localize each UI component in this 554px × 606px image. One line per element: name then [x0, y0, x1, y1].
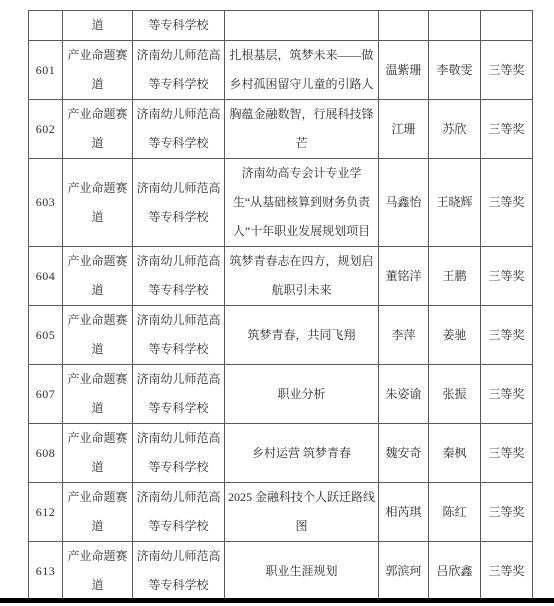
- cell-track: 产业命题赛道: [63, 424, 133, 483]
- cell-project: [225, 11, 379, 41]
- cell-project: 胸蕴金融数智，行展科技锋芒: [225, 100, 379, 159]
- cell-school: 济南幼儿师范高等专科学校: [133, 159, 225, 247]
- cell-name-2: 王晓辉: [429, 159, 481, 247]
- cell-award: 三等奖: [481, 542, 533, 601]
- cell-name-1: 江珊: [379, 100, 429, 159]
- cell-project: 筑梦青春，共同飞翔: [225, 306, 379, 365]
- cell-school: 济南幼儿师范高等专科学校: [133, 483, 225, 542]
- cell-name-1: 董铭洋: [379, 247, 429, 306]
- cell-track: 产业命题赛道: [63, 247, 133, 306]
- cell-award: 三等奖: [481, 365, 533, 424]
- cell-name-2: 张振: [429, 365, 481, 424]
- cell-project: 职业分析: [225, 365, 379, 424]
- cell-project: 筑梦青春志在四方，规划启航职引未来: [225, 247, 379, 306]
- cell-award: 三等奖: [481, 483, 533, 542]
- table-row: 601 产业命题赛道 济南幼儿师范高等专科学校 扎根基层，筑梦未来——做乡村孤困…: [29, 41, 533, 100]
- table-row: 613 产业命题赛道 济南幼儿师范高等专科学校 职业生涯规划 郭滨珂 吕欣鑫 三…: [29, 542, 533, 601]
- cell-project: 扎根基层，筑梦未来——做乡村孤困留守儿童的引路人: [225, 41, 379, 100]
- table-row: 607 产业命题赛道 济南幼儿师范高等专科学校 职业分析 朱姿谕 张振 三等奖: [29, 365, 533, 424]
- cell-name-1: 郭滨珂: [379, 542, 429, 601]
- cell-school: 济南幼儿师范高等专科学校: [133, 100, 225, 159]
- cell-name-2: 姜驰: [429, 306, 481, 365]
- cell-project: 济南幼高专会计专业学生“从基础核算到财务负责人”十年职业发展规划项目: [225, 159, 379, 247]
- cell-number: 608: [29, 424, 63, 483]
- cell-number: 613: [29, 542, 63, 601]
- cell-number: 612: [29, 483, 63, 542]
- cell-school: 济南幼儿师范高等专科学校: [133, 247, 225, 306]
- cell-project: 2025 金融科技个人跃迁路线图: [225, 483, 379, 542]
- cell-track: 产业命题赛道: [63, 542, 133, 601]
- cell-name-1: 李萍: [379, 306, 429, 365]
- table-row: 612 产业命题赛道 济南幼儿师范高等专科学校 2025 金融科技个人跃迁路线图…: [29, 483, 533, 542]
- cell-school: 济南幼儿师范高等专科学校: [133, 542, 225, 601]
- cell-track: 产业命题赛道: [63, 159, 133, 247]
- cell-name-2: 秦枫: [429, 424, 481, 483]
- table-row: 603 产业命题赛道 济南幼儿师范高等专科学校 济南幼高专会计专业学生“从基础核…: [29, 159, 533, 247]
- cell-award: 三等奖: [481, 306, 533, 365]
- cell-track: 道: [63, 11, 133, 41]
- cell-award: 三等奖: [481, 424, 533, 483]
- cell-name-2: 王鹏: [429, 247, 481, 306]
- cell-track: 产业命题赛道: [63, 306, 133, 365]
- cell-track: 产业命题赛道: [63, 100, 133, 159]
- cell-school: 等专科学校: [133, 11, 225, 41]
- cell-number: 605: [29, 306, 63, 365]
- cell-name-2: 苏欣: [429, 100, 481, 159]
- cell-award: 三等奖: [481, 159, 533, 247]
- table-row: 道 等专科学校: [29, 11, 533, 41]
- cell-school: 济南幼儿师范高等专科学校: [133, 41, 225, 100]
- cell-track: 产业命题赛道: [63, 41, 133, 100]
- cell-track: 产业命题赛道: [63, 365, 133, 424]
- cell-project: 职业生涯规划: [225, 542, 379, 601]
- bottom-black-bar: [0, 598, 554, 603]
- cell-name-2: [429, 11, 481, 41]
- awards-table: 道 等专科学校 601 产业命题赛道 济南幼儿师范高等专科学校 扎根基层，筑梦未…: [28, 10, 533, 601]
- table-row: 608 产业命题赛道 济南幼儿师范高等专科学校 乡村运营 筑梦青春 魏安奇 秦枫…: [29, 424, 533, 483]
- cell-name-2: 吕欣鑫: [429, 542, 481, 601]
- cell-name-1: 相芮琪: [379, 483, 429, 542]
- cell-award: [481, 11, 533, 41]
- cell-school: 济南幼儿师范高等专科学校: [133, 306, 225, 365]
- cell-number: [29, 11, 63, 41]
- document-page: 道 等专科学校 601 产业命题赛道 济南幼儿师范高等专科学校 扎根基层，筑梦未…: [0, 0, 554, 606]
- cell-name-2: 李敬雯: [429, 41, 481, 100]
- cell-number: 601: [29, 41, 63, 100]
- cell-number: 602: [29, 100, 63, 159]
- cell-track: 产业命题赛道: [63, 483, 133, 542]
- table-row: 604 产业命题赛道 济南幼儿师范高等专科学校 筑梦青春志在四方，规划启航职引未…: [29, 247, 533, 306]
- cell-award: 三等奖: [481, 41, 533, 100]
- cell-number: 603: [29, 159, 63, 247]
- cell-name-1: 朱姿谕: [379, 365, 429, 424]
- cell-school: 济南幼儿师范高等专科学校: [133, 424, 225, 483]
- cell-number: 604: [29, 247, 63, 306]
- cell-name-1: 马鑫怡: [379, 159, 429, 247]
- table-row: 605 产业命题赛道 济南幼儿师范高等专科学校 筑梦青春，共同飞翔 李萍 姜驰 …: [29, 306, 533, 365]
- table-row: 602 产业命题赛道 济南幼儿师范高等专科学校 胸蕴金融数智，行展科技锋芒 江珊…: [29, 100, 533, 159]
- cell-school: 济南幼儿师范高等专科学校: [133, 365, 225, 424]
- cell-award: 三等奖: [481, 247, 533, 306]
- cell-name-2: 陈红: [429, 483, 481, 542]
- cell-project: 乡村运营 筑梦青春: [225, 424, 379, 483]
- cell-name-1: [379, 11, 429, 41]
- cell-name-1: 温紫珊: [379, 41, 429, 100]
- cell-award: 三等奖: [481, 100, 533, 159]
- cell-number: 607: [29, 365, 63, 424]
- cell-name-1: 魏安奇: [379, 424, 429, 483]
